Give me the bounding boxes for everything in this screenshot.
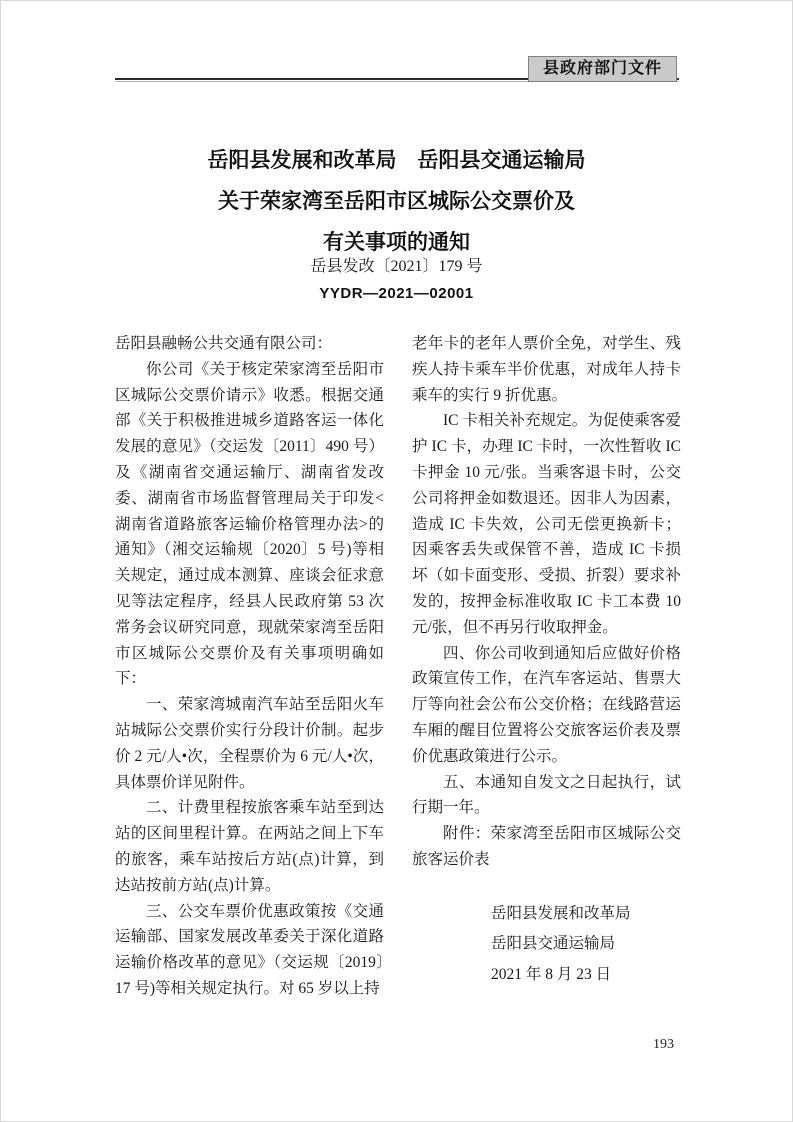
document-code: YYDR—2021—02001 xyxy=(1,282,792,306)
body-paragraph: 岳阳县融畅公共交通有限公司： xyxy=(115,331,384,357)
title-line-2: 关于荣家湾至岳阳市区城际公交票价及 xyxy=(1,181,792,222)
body-column-right: 老年卡的老年人票价全免，对学生、残疾人持卡乘车半价优惠，对成年人持卡乘车的实行 … xyxy=(412,331,681,1002)
header-badge: 县政府部门文件 xyxy=(528,56,677,82)
signature-org: 岳阳县发展和改革局 xyxy=(491,899,681,930)
title-line-1: 岳阳县发展和改革局 岳阳县交通运输局 xyxy=(1,140,792,181)
body-columns: 岳阳县融畅公共交通有限公司：你公司《关于核定荣家湾至岳阳市区城际公交票价请示》收… xyxy=(115,331,681,1002)
document-page: 县政府部门文件 岳阳县发展和改革局 岳阳县交通运输局 关于荣家湾至岳阳市区城际公… xyxy=(0,0,793,1122)
document-title: 岳阳县发展和改革局 岳阳县交通运输局 关于荣家湾至岳阳市区城际公交票价及 有关事… xyxy=(1,140,792,263)
body-paragraph: 二、计费里程按旅客乘车站至到达站的区间里程计算。在两站之间上下车的旅客，乘车站按… xyxy=(115,795,384,898)
body-paragraph: 一、荣家湾城南汽车站至岳阳火车站城际公交票价实行分段计价制。起步价 2 元/人•… xyxy=(115,692,384,795)
body-paragraph: 附件：荣家湾至岳阳市区城际公交旅客运价表 xyxy=(412,821,681,873)
body-paragraph: 三、公交车票价优惠政策按《交通运输部、国家发展改革委关于深化道路运输价格改革的意… xyxy=(115,899,384,1002)
body-column-left: 岳阳县融畅公共交通有限公司：你公司《关于核定荣家湾至岳阳市区城际公交票价请示》收… xyxy=(115,331,384,1002)
body-paragraph: 你公司《关于核定荣家湾至岳阳市区城际公交票价请示》收悉。根据交通部《关于积极推进… xyxy=(115,357,384,692)
page-number: 193 xyxy=(653,1037,674,1053)
body-paragraph: IC 卡相关补充规定。为促使乘客爱护 IC 卡，办理 IC 卡时，一次性暂收 I… xyxy=(412,408,681,640)
signature-date: 2021 年 8 月 23 日 xyxy=(491,960,681,991)
body-paragraph: 五、本通知自发文之日起执行，试行期一年。 xyxy=(412,770,681,822)
signature-block: 岳阳县发展和改革局岳阳县交通运输局2021 年 8 月 23 日 xyxy=(412,899,681,991)
document-number: 岳县发改〔2021〕179 号 xyxy=(1,255,792,279)
signature-org: 岳阳县交通运输局 xyxy=(491,929,681,960)
body-paragraph: 老年卡的老年人票价全免，对学生、残疾人持卡乘车半价优惠，对成年人持卡乘车的实行 … xyxy=(412,331,681,408)
body-paragraph: 四、你公司收到通知后应做好价格政策宣传工作，在汽车客运站、售票大厅等向社会公布公… xyxy=(412,641,681,770)
